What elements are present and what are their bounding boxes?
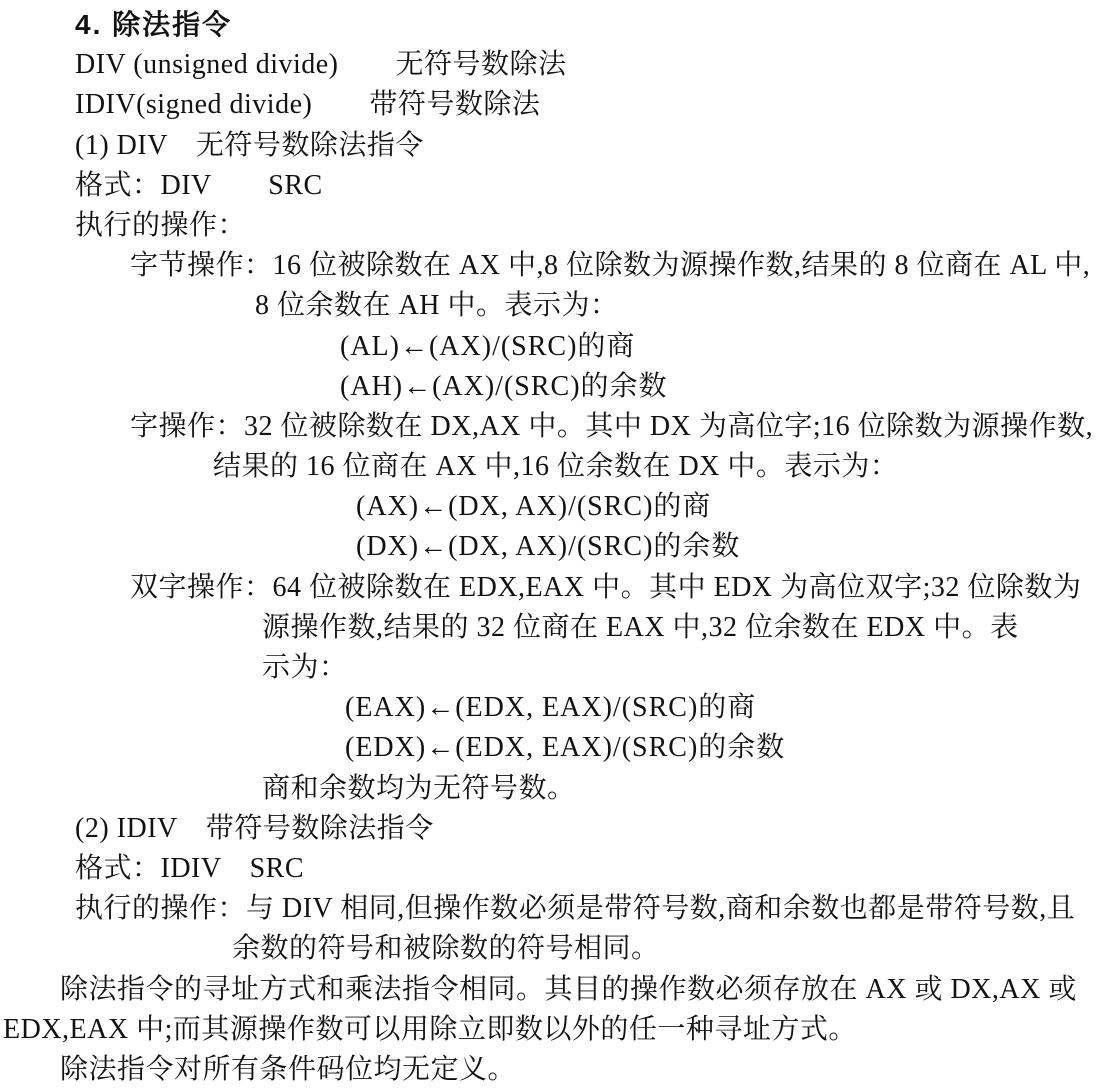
text-line: (EAX)←(EDX, EAX)/(SRC)的商 [0,688,1107,728]
text-line: 字节操作：16 位被除数在 AX 中,8 位除数为源操作数,结果的 8 位商在 … [0,246,1107,286]
text-line: 双字操作：64 位被除数在 EDX,EAX 中。其中 EDX 为高位双字;32 … [0,568,1107,608]
text-line: (EDX)←(EDX, EAX)/(SRC)的余数 [0,728,1107,768]
text-line: 除法指令对所有条件码位均无定义。 [0,1050,1107,1090]
text-line: 示为： [0,648,1107,688]
text-line: (AH)←(AX)/(SRC)的余数 [0,367,1107,407]
text-line: (AL)←(AX)/(SRC)的商 [0,327,1107,367]
section-heading: 4. 除法指令 [0,5,1107,45]
text-line: 商和余数均为无符号数。 [0,769,1107,809]
text-line: 源操作数,结果的 32 位商在 EAX 中,32 位余数在 EDX 中。表 [0,608,1107,648]
text-line: EDX,EAX 中;而其源操作数可以用除立即数以外的任一种寻址方式。 [0,1010,1107,1050]
text-line: 格式：IDIV SRC [0,849,1107,889]
text-line: IDIV(signed divide) 带符号数除法 [0,85,1107,125]
text-line: 执行的操作：与 DIV 相同,但操作数必须是带符号数,商和余数也都是带符号数,且 [0,889,1107,929]
text-line: (AX)←(DX, AX)/(SRC)的商 [0,487,1107,527]
text-line: (DX)←(DX, AX)/(SRC)的余数 [0,527,1107,567]
text-line: 格式：DIV SRC [0,166,1107,206]
text-line: (2) IDIV 带符号数除法指令 [0,809,1107,849]
text-line: 8 位余数在 AH 中。表示为： [0,286,1107,326]
text-line: 结果的 16 位商在 AX 中,16 位余数在 DX 中。表示为： [0,447,1107,487]
text-line: (1) DIV 无符号数除法指令 [0,126,1107,166]
text-line: 执行的操作： [0,206,1107,246]
text-line: 字操作：32 位被除数在 DX,AX 中。其中 DX 为高位字;16 位除数为源… [0,407,1107,447]
text-line: 余数的符号和被除数的符号相同。 [0,929,1107,969]
text-line: DIV (unsigned divide) 无符号数除法 [0,45,1107,85]
document-body: 4. 除法指令DIV (unsigned divide) 无符号数除法IDIV(… [0,5,1107,1090]
text-line: 除法指令的寻址方式和乘法指令相同。其目的操作数必须存放在 AX 或 DX,AX … [0,970,1107,1010]
scanned-page: 4. 除法指令DIV (unsigned divide) 无符号数除法IDIV(… [0,0,1107,1092]
